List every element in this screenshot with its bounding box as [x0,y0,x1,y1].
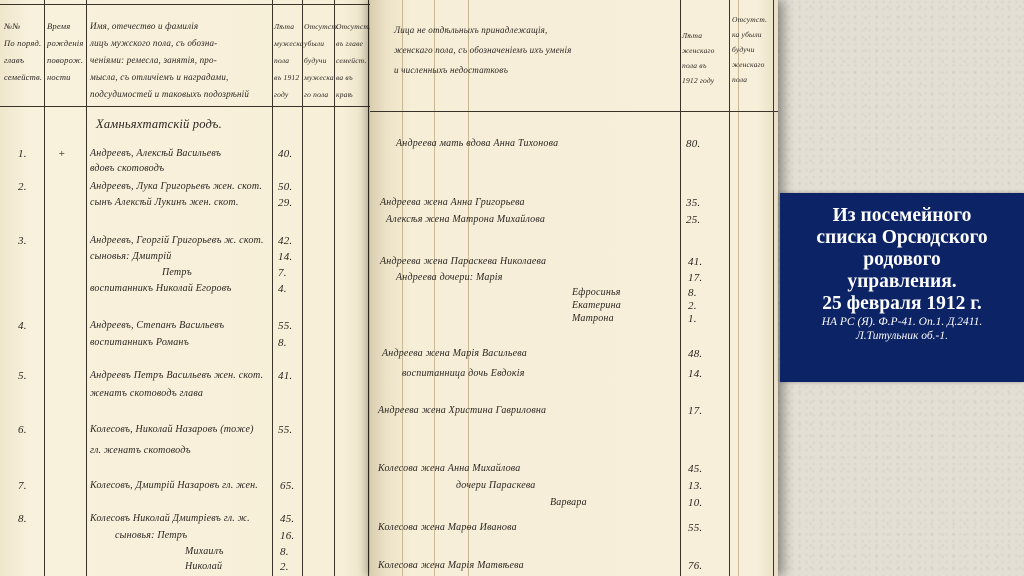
caption-source-line: НА РС (Я). Ф.Р-41. Оп.1. Д.2411. [780,316,1024,330]
caption-source: НА РС (Я). Ф.Р-41. Оп.1. Д.2411. Л.Титул… [780,316,1024,343]
header-line: Время [47,18,84,35]
row-name: Колесова жена Марѳа Иванова [378,522,517,533]
header-line: пола [274,52,304,69]
header-col-absent-head: Отсутст. въ главе семейст. ва въ краѣ [336,18,371,103]
caption-title-line: управления. [786,271,1018,293]
row-name: Андреева жена Параскева Николаева [380,256,546,267]
caption-title-line: Из посемейного [786,205,1018,227]
row-name: Колесова жена Марія Матвѣева [378,560,524,571]
header-line: поворож. [47,52,84,69]
row-name: Варвара [550,497,587,508]
header-line: краѣ [336,86,371,103]
row-name: сыновья: Петръ [115,530,187,541]
row-age: 2. [280,561,289,573]
header-line: главъ [4,52,42,69]
header-line: мысла, съ отличіемъ и наградами, [90,69,249,86]
header-line: ва въ [336,69,371,86]
ruling-line [402,0,403,576]
header-line: №№ [4,18,42,35]
row-age: 2. [688,300,697,312]
row-mark: + [58,148,66,160]
row-age: 42. [278,235,292,247]
header-line: мужеска [274,35,304,52]
row-age: 14. [688,368,702,380]
row-name: воспитанникъ Романъ [90,337,189,348]
row-name: Алексѣя жена Матрона Михайлова [386,214,545,225]
header-line: семейств. [4,69,42,86]
header-line: женскаго [732,57,767,72]
row-number: 1. [18,148,27,160]
header-line: и численныхъ недостатковъ [394,60,572,80]
header-col-number: №№ По поряд. главъ семейств. [4,18,42,86]
header-col-age-female: Лѣта женскаго пола въ 1912 году [682,28,715,88]
row-name: Колесовъ Николай Дмитріевъ гл. ж. [90,513,250,524]
row-age: 25. [686,214,700,226]
header-col-absent-male: Отсутст. убыли будучи мужеска го пола [304,18,339,103]
row-number: 3. [18,235,27,247]
row-name: Андреевъ, Лука Григорьевъ жен. скот. [90,181,262,192]
header-line: Имя, отечество и фамилія [90,18,249,35]
column-divider [44,0,45,576]
header-line: въ главе [336,35,371,52]
row-age: 4. [278,283,287,295]
header-col-absent-female: Отсутст. ка убыли будучи женскаго пола [732,12,767,87]
row-name: вдовъ скотоводъ [90,163,164,174]
row-age: 17. [688,405,702,417]
row-name: Андреева жена Анна Григорьева [380,197,525,208]
row-name: Колесова жена Анна Михайлова [378,463,520,474]
row-age: 45. [280,513,294,525]
row-name: Екатерина [572,300,621,311]
row-name: Андреевъ, Алексѣй Васильевъ [90,148,221,159]
document-page-left: №№ По поряд. главъ семейств. Время рожде… [0,0,372,576]
caption-title-line: родового [786,249,1018,271]
row-name: Андреевъ Петръ Васильевъ жен. скот. [90,370,263,381]
header-line: ченіями: ремесла, занятія, про- [90,52,249,69]
header-top-rule [0,4,372,5]
row-age: 8. [688,287,697,299]
header-col-name: Имя, отечество и фамилія лицъ мужского п… [90,18,249,103]
caption-title-line: 25 февраля 1912 г. [786,293,1018,315]
header-bottom-rule [0,106,372,107]
header-line: въ 1912 [274,69,304,86]
row-age: 13. [688,480,702,492]
header-line: семейст. [336,52,371,69]
header-line: Лѣта [274,18,304,35]
row-age: 8. [280,546,289,558]
row-number: 7. [18,480,27,492]
header-line: пола [732,72,767,87]
row-name: Петръ [162,267,192,278]
row-age: 17. [688,272,702,284]
header-line: будучи [732,42,767,57]
row-age: 35. [686,197,700,209]
row-age: 1. [688,313,697,325]
clan-heading: Хамньяхтатскій родъ. [96,117,222,132]
header-line: убыли [304,35,339,52]
row-name: женатъ скотоводъ глава [90,388,203,399]
row-number: 4. [18,320,27,332]
header-line: Отсутст. [732,12,767,27]
row-name: воспитанница дочь Евдокія [402,368,525,379]
row-name: сыновья: Дмитрій [90,251,172,262]
row-age: 80. [686,138,700,150]
header-line: женскаго [682,43,715,58]
caption-title-line: списка Орсюдского [786,227,1018,249]
column-divider [729,0,730,576]
row-age: 14. [278,251,292,263]
header-line: году [274,86,304,103]
row-age: 16. [280,530,294,542]
header-line: мужеска [304,69,339,86]
row-name: Матрона [572,313,614,324]
row-number: 2. [18,181,27,193]
header-col-female-names: Лица не отдѣльныхъ принадлежащія, женска… [394,20,572,80]
header-line: ности [47,69,84,86]
document-page-right: Лица не отдѣльныхъ принадлежащія, женска… [370,0,778,576]
caption-box: Из посемейного списка Орсюдского родовог… [780,193,1024,382]
row-number: 5. [18,370,27,382]
row-age: 65. [280,480,294,492]
header-line: женскаго пола, съ обозначеніемъ ихъ умен… [394,40,572,60]
header-line: пола въ [682,58,715,73]
row-age: 45. [688,463,702,475]
header-line: Отсутст. [336,18,371,35]
row-age: 40. [278,148,292,160]
row-age: 48. [688,348,702,360]
header-line: го пола [304,86,339,103]
header-line: подсудимостей и таковыхъ подозрѣній [90,86,249,103]
row-age: 10. [688,497,702,509]
row-name: Андреева мать вдова Анна Тихонова [396,138,558,149]
row-name: Колесовъ, Дмитрій Назаровъ гл. жен. [90,480,258,491]
header-line: 1912 году [682,73,715,88]
header-line: Лица не отдѣльныхъ принадлежащія, [394,20,572,40]
row-name: Михаилъ [185,546,224,557]
header-line: ка убыли [732,27,767,42]
row-age: 41. [278,370,292,382]
row-name: Андреева дочери: Марія [396,272,503,283]
row-name: Ефросинья [572,287,621,298]
column-divider [272,0,273,576]
column-divider [86,0,87,576]
column-divider [680,0,681,576]
row-number: 6. [18,424,27,436]
row-name: Андреевъ, Георгій Григорьевъ ж. скот. [90,235,264,246]
header-line: По поряд. [4,35,42,52]
header-bottom-rule [370,111,778,112]
row-age: 55. [278,424,292,436]
row-age: 50. [278,181,292,193]
header-line: Отсутст. [304,18,339,35]
row-age: 29. [278,197,292,209]
row-age: 7. [278,267,287,279]
row-name: сынъ Алексѣй Лукинъ жен. скот. [90,197,239,208]
header-line: лицъ мужского пола, съ обозна- [90,35,249,52]
caption-source-line: Л.Титульник об.-1. [780,330,1024,344]
row-name: Андреева жена Христина Гавриловна [378,405,546,416]
row-name: дочери Параскева [456,480,536,491]
row-name: Андреевъ, Степанъ Васильевъ [90,320,224,331]
column-divider [773,0,774,576]
header-col-age-male: Лѣта мужеска пола въ 1912 году [274,18,304,103]
caption-title: Из посемейного списка Орсюдского родовог… [780,205,1024,315]
row-age: 55. [688,522,702,534]
row-age: 41. [688,256,702,268]
row-age: 76. [688,560,702,572]
row-name: воспитанникъ Николай Егоровъ [90,283,232,294]
header-line: Лѣта [682,28,715,43]
row-age: 55. [278,320,292,332]
row-name: Николай [185,561,222,572]
row-name: Колесовъ, Николай Назаровъ (тоже) [90,424,254,435]
row-number: 8. [18,513,27,525]
row-name: Андреева жена Марія Васильева [382,348,527,359]
header-line: будучи [304,52,339,69]
header-col-birth: Время рожденія поворож. ности [47,18,84,86]
ruling-line [434,0,435,576]
header-line: рожденія [47,35,84,52]
row-name: гл. женатъ скотоводъ [90,445,191,456]
row-age: 8. [278,337,287,349]
